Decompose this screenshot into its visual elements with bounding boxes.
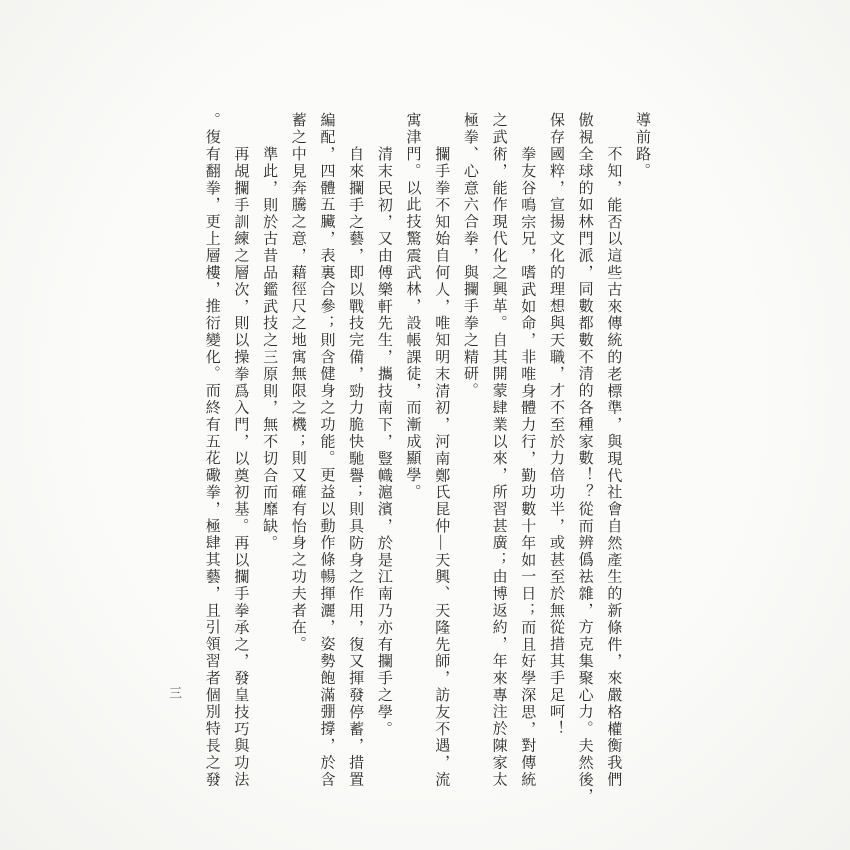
text-column: 攔手拳不知始自何人，唯知明末清初，河南鄭氏昆仲—天興、天隆先師，訪友不遇，流 xyxy=(427,112,456,812)
text-column: 蓄之中見奔騰之意，藉徑尺之地寓無限之機；則又確有怡身之功夫者在。 xyxy=(283,112,312,812)
text-column: 準此，則於古昔品鑑武技之三原則，無不切合而靡缺。 xyxy=(254,112,283,812)
text-column: 寓津門。以此技驚震武林，設帳課徒，而漸成顯學。 xyxy=(398,112,427,812)
text-column: 拳友谷鳴宗兄，嗜武如命，非唯身體力行，勤功數十年如一日；而且好學深思，對傳統 xyxy=(513,112,542,812)
text-column: 不知，能否以這些古來傳統的老標準，與現代社會自然產生的新條件，來嚴格權衡我們 xyxy=(599,112,628,812)
text-column: 之武術，能作現代化之興革。自其開蒙肆業以來，所習甚廣；由博返約，年來專注於陳家太 xyxy=(484,112,513,812)
text-column: 傲視全球的如林門派，同數都數不清的各種家數！？從而辨僞祛雜，方克集聚心力。夫然後… xyxy=(570,112,599,812)
book-page: 導前路。不知，能否以這些古來傳統的老標準，與現代社會自然產生的新條件，來嚴格權衡… xyxy=(0,0,850,850)
text-column: 。復有翻拳，更上層樓，推衍變化。而終有五花礮拳，極肆其藝，且引領習者個別特長之發 xyxy=(197,112,226,812)
page-number: 三 xyxy=(164,686,184,700)
text-column: 再覘攔手訓練之層次，則以操拳爲入門，以奠初基。再以攔手拳承之，發皇技巧與功法 xyxy=(226,112,255,812)
text-column: 保存國粹，宣揚文化的理想與天職，才不至於力倍功半，或甚至於無從措其手足呵！ xyxy=(541,112,570,812)
page-text: 導前路。不知，能否以這些古來傳統的老標準，與現代社會自然產生的新條件，來嚴格權衡… xyxy=(196,112,656,812)
text-column: 清末民初，又由傅樂軒先生，攜技南下，豎幟滬濱，於是江南乃亦有攔手之學。 xyxy=(369,112,398,812)
text-column: 導前路。 xyxy=(627,112,656,812)
text-column: 極拳、心意六合拳，與攔手拳之精研。 xyxy=(455,112,484,812)
text-column: 自來攔手之藝，即以戰技完備，勁力脆快馳譽；則具防身之作用，復又揮發停蓄，措置 xyxy=(340,112,369,812)
text-column: 編配，四體五臟，表裏合參；則含健身之功能。更益以動作條暢揮灑，姿勢飽滿弸撐，於含 xyxy=(312,112,341,812)
